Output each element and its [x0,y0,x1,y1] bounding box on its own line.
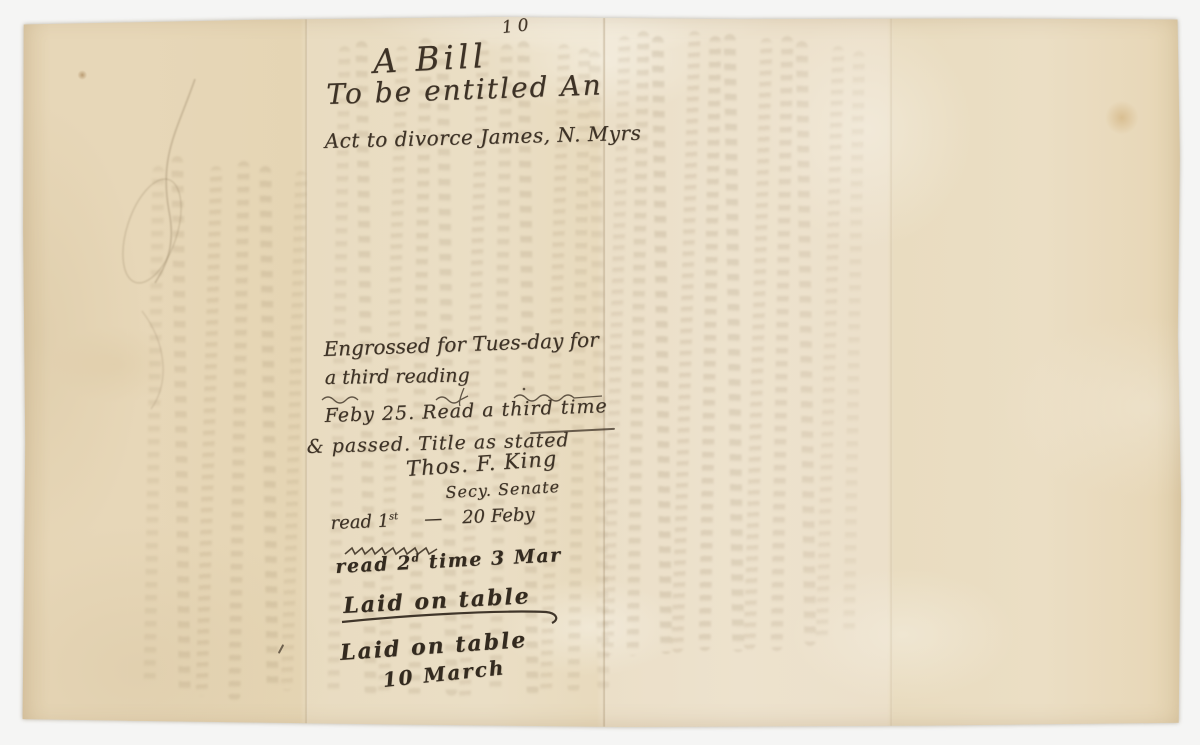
bleedthrough-column [724,34,745,652]
first-reading-date: 20 Feby [462,504,535,528]
bleedthrough-column [671,31,700,653]
bleedthrough-column [699,36,722,651]
bleedthrough-column [228,161,249,701]
bleedthrough-column [843,51,865,636]
paper-shadow-wrap: 10 A Bill To be entitled An Act to divor… [0,0,1200,745]
pencil-flourish-bleedthrough [107,61,227,421]
second-reading-text: read 2 [335,552,413,578]
bleedthrough-column [652,36,673,654]
bleedthrough-column [259,166,278,691]
first-reading-note: read 1st—20 Feby [330,504,535,534]
document-paper: 10 A Bill To be entitled An Act to divor… [22,16,1181,727]
bleedthrough-column [771,36,794,651]
page-number: 10 [501,15,535,38]
fold-crease-left [305,16,308,727]
strikethrough-line [340,608,590,628]
scanner-background: 10 A Bill To be entitled An Act to divor… [0,0,1200,745]
bleedthrough-column [743,38,772,650]
fold-crease-right [890,16,893,727]
bleedthrough-column [816,46,845,641]
bleedthrough-column [281,171,308,691]
bleedthrough-column [796,41,816,646]
first-reading-text: read 1 [330,510,390,534]
dash: — [424,508,443,530]
secretary-title: Secy. Senate [445,477,560,502]
first-reading-ordinal: st [389,511,399,522]
